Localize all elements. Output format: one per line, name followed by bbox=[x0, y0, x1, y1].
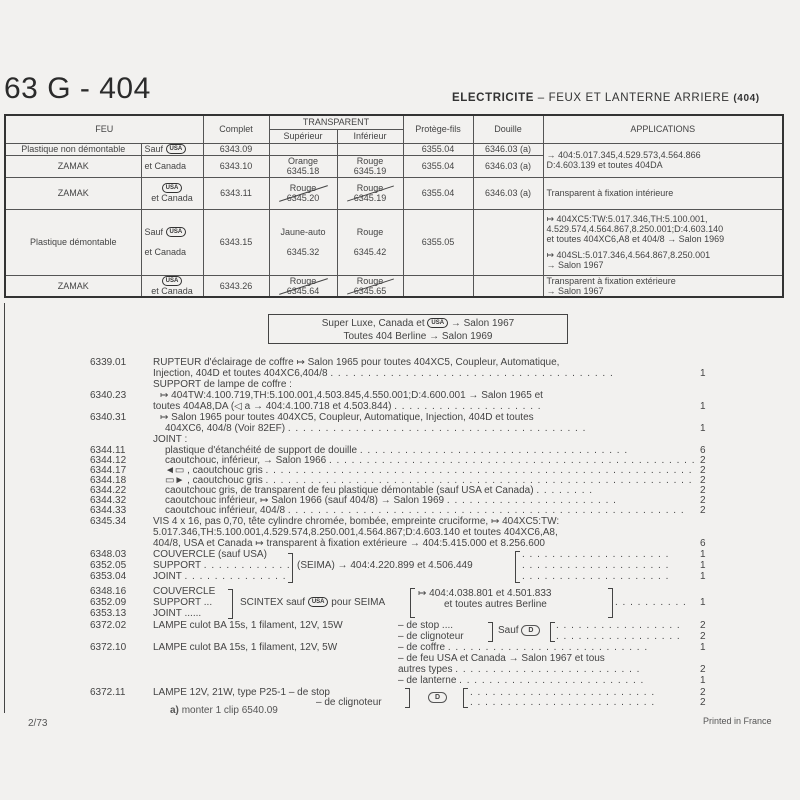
application-line: ↦ 404XC5:TW:5.017.346,TH:5.100.001, bbox=[547, 214, 780, 224]
bracket bbox=[550, 622, 555, 642]
usa-badge-icon: USA bbox=[166, 227, 187, 237]
inf-ref: 6345.42 bbox=[341, 247, 400, 257]
bracket bbox=[515, 551, 520, 583]
part-ref: 6348.16 bbox=[90, 586, 126, 597]
lamp-use-text: – de coffre bbox=[398, 642, 445, 653]
part-desc: RUPTEUR d'éclairage de coffre ↦ Salon 19… bbox=[153, 357, 559, 368]
inf-cell bbox=[337, 143, 403, 155]
bracket bbox=[410, 588, 415, 618]
market-cell: USAet Canada bbox=[141, 275, 203, 297]
inf-color: Rouge bbox=[341, 183, 400, 193]
table-row: Plastique démontable Sauf USAet Canada 6… bbox=[5, 209, 783, 275]
feu-type: ZAMAK bbox=[5, 275, 141, 297]
dots-leader: . . . . . . . . . . . . . . . . . . . . bbox=[522, 560, 669, 571]
bracket bbox=[463, 688, 468, 708]
lamp-use: – de clignoteur bbox=[316, 697, 382, 708]
note-line2: Toutes 404 Berline → Salon 1969 bbox=[269, 330, 567, 343]
bracket bbox=[228, 589, 233, 619]
dots-leader: . . . . . . . . . . . . . . . . . . . . bbox=[522, 571, 669, 582]
lamp-use: – de coffre . . . . . . . . . . . . . . … bbox=[398, 642, 648, 653]
part-desc-line: SUPPORT bbox=[153, 560, 201, 571]
part-qty: 1 bbox=[700, 571, 706, 582]
complet-ref: 6343.11 bbox=[203, 177, 269, 209]
inf-cell: Rouge6345.42 bbox=[337, 209, 403, 275]
group-app: ↦ 404:4.038.801 et 4.501.833 bbox=[418, 588, 552, 599]
part-qty: 1 bbox=[700, 401, 706, 412]
left-rule bbox=[4, 303, 5, 713]
protege-ref: 6355.05 bbox=[403, 209, 473, 275]
market-cell: Sauf USA bbox=[141, 143, 203, 155]
section-title-bold: ELECTRICITE bbox=[452, 92, 534, 104]
inf-color: Rouge bbox=[341, 156, 400, 166]
part-qty: 2 bbox=[700, 620, 706, 631]
sup-cell-struck: Rouge6345.20 bbox=[269, 177, 337, 209]
feu-type: Plastique démontable bbox=[5, 209, 141, 275]
market-cell: USAet Canada bbox=[141, 177, 203, 209]
protege-ref: 6355.04 bbox=[403, 155, 473, 177]
feu-type: Plastique non démontable bbox=[5, 143, 141, 155]
part-ref: 6345.34 bbox=[90, 516, 126, 527]
group-note-a: SCINTEX sauf bbox=[240, 597, 305, 608]
sup-ref: 6345.20 bbox=[273, 193, 334, 203]
part-desc: SUPPORT de lampe de coffre : bbox=[153, 379, 292, 390]
sup-cell bbox=[269, 143, 337, 155]
note-line1-a: Super Luxe, Canada et bbox=[322, 318, 425, 329]
part-desc: ↦ Salon 1965 pour toutes 404XC5, Coupleu… bbox=[160, 412, 534, 423]
part-ref: 6352.05 bbox=[90, 560, 126, 571]
table-row: Plastique non démontable Sauf USA 6343.0… bbox=[5, 143, 783, 155]
header-complet: Complet bbox=[203, 115, 269, 143]
protege-ref: 6355.04 bbox=[403, 177, 473, 209]
lamp-cond-text: Sauf bbox=[498, 625, 519, 636]
dots-leader: . . . . . . . . . . . . . . . . . . . . bbox=[522, 549, 669, 560]
part-desc: COUVERCLE bbox=[153, 586, 215, 597]
header-transparent: TRANSPARENT bbox=[269, 115, 403, 129]
part-ref: 6353.04 bbox=[90, 571, 126, 582]
part-desc: ↦ 404TW:4.100.719,TH:5.100.001,4.503.845… bbox=[160, 390, 543, 401]
part-desc: VIS 4 x 16, pas 0,70, tête cylindre chro… bbox=[153, 516, 559, 527]
part-desc: COUVERCLE (sauf USA) bbox=[153, 549, 267, 560]
protege-ref bbox=[403, 275, 473, 297]
lamp-use: – de clignoteur bbox=[398, 631, 464, 642]
part-qty: 1 bbox=[700, 423, 706, 434]
section-title-rest: – FEUX ET LANTERNE ARRIERE bbox=[534, 92, 733, 104]
catalog-page: 63 G - 404 ELECTRICITE – FEUX ET LANTERN… bbox=[0, 0, 800, 800]
table-row: ZAMAK USAet Canada 6343.11 Rouge6345.20 … bbox=[5, 177, 783, 209]
inf-color: Rouge bbox=[341, 227, 400, 237]
lamp-use: – de lanterne . . . . . . . . . . . . . … bbox=[398, 675, 644, 686]
part-desc: LAMPE culot BA 15s, 1 filament, 12V, 5W bbox=[153, 642, 337, 653]
part-desc: toutes 404A8,DA (◁ a → 404:4.100.718 et … bbox=[153, 401, 542, 412]
part-qty: 1 bbox=[700, 642, 706, 653]
lamp-use-text: autres types bbox=[398, 664, 452, 675]
market-text: et Canada bbox=[141, 155, 203, 177]
part-desc-line: JOINT bbox=[153, 571, 182, 582]
part-desc-line: toutes 404A8,DA (◁ a → 404:4.100.718 et … bbox=[153, 401, 391, 412]
market-cell: Sauf USAet Canada bbox=[141, 209, 203, 275]
parts-table: FEU Complet TRANSPARENT Protège-fils Dou… bbox=[4, 114, 784, 298]
sup-color: Jaune-auto bbox=[273, 227, 334, 237]
header-douille: Douille bbox=[473, 115, 543, 143]
market-text: et Canada bbox=[145, 193, 200, 203]
complet-ref: 6343.09 bbox=[203, 143, 269, 155]
part-qty: 2 bbox=[700, 664, 706, 675]
note-line1-b: → Salon 1967 bbox=[451, 318, 514, 329]
section-title: ELECTRICITE – FEUX ET LANTERNE ARRIERE (… bbox=[452, 92, 760, 104]
part-desc: 5.017.346,TH:5.100.001,4.529.574,8.250.0… bbox=[153, 527, 558, 538]
section-model: (404) bbox=[733, 93, 759, 104]
sup-ref: 6345.18 bbox=[273, 166, 334, 176]
part-qty: 2 bbox=[700, 697, 706, 708]
sup-cell: Orange6345.18 bbox=[269, 155, 337, 177]
usa-badge-icon: USA bbox=[162, 183, 183, 193]
inf-cell-struck: Rouge6345.65 bbox=[337, 275, 403, 297]
part-ref: 6340.23 bbox=[90, 390, 126, 401]
douille-ref bbox=[473, 275, 543, 297]
part-desc: LAMPE 12V, 21W, type P25-1 – de stop bbox=[153, 687, 330, 698]
part-desc: JOINT : bbox=[153, 434, 187, 445]
part-desc: SUPPORT ... bbox=[153, 597, 212, 608]
page-date: 2/73 bbox=[28, 718, 47, 729]
d-badge-icon: D bbox=[428, 692, 447, 703]
header-inferieur: Inférieur bbox=[337, 129, 403, 143]
sup-color: Rouge bbox=[273, 183, 334, 193]
part-qty: 6 bbox=[700, 538, 706, 549]
footnote-marker: a) bbox=[170, 705, 179, 716]
usa-badge-icon: USA bbox=[308, 597, 329, 607]
catalog-code: 63 G - 404 bbox=[4, 72, 151, 106]
lamp-use-text: – de lanterne bbox=[398, 675, 456, 686]
sup-cell-struck: Rouge6345.64 bbox=[269, 275, 337, 297]
complet-ref: 6343.26 bbox=[203, 275, 269, 297]
part-qty: 1 bbox=[700, 549, 706, 560]
part-qty: 1 bbox=[700, 560, 706, 571]
part-ref: 6353.13 bbox=[90, 608, 126, 619]
douille-ref: 6346.03 (a) bbox=[473, 155, 543, 177]
inf-color: Rouge bbox=[341, 276, 400, 286]
market-text: et Canada bbox=[145, 247, 200, 257]
application-cell: Transparent à fixation intérieure bbox=[543, 177, 783, 209]
part-desc: 404XC6, 404/8 (Voir 82EF) . . . . . . . … bbox=[165, 423, 586, 434]
application-line: → Salon 1967 bbox=[547, 260, 780, 270]
bracket bbox=[288, 553, 293, 583]
application-cell: ↦ 404XC5:TW:5.017.346,TH:5.100.001, 4.52… bbox=[543, 209, 783, 275]
d-badge-icon: D bbox=[521, 625, 540, 636]
dots-leader: . . . . . . . . . . . . . . . . . bbox=[556, 631, 681, 642]
usa-badge-icon: USA bbox=[427, 318, 448, 328]
header-superieur: Supérieur bbox=[269, 129, 337, 143]
printed-in: Printed in France bbox=[703, 716, 772, 726]
application-line: Transparent à fixation extérieure bbox=[547, 276, 780, 286]
feu-type: ZAMAK bbox=[5, 177, 141, 209]
douille-ref bbox=[473, 209, 543, 275]
usa-badge-icon: USA bbox=[162, 276, 183, 286]
part-qty: 2 bbox=[700, 631, 706, 642]
part-desc: Injection, 404D et toutes 404XC6,404/8 .… bbox=[153, 368, 614, 379]
market-text: Sauf bbox=[145, 144, 164, 154]
note-box: Super Luxe, Canada et USA → Salon 1967 T… bbox=[268, 314, 568, 344]
douille-ref: 6346.03 (a) bbox=[473, 143, 543, 155]
group-note: SCINTEX sauf USA pour SEIMA bbox=[240, 597, 385, 608]
complet-ref: 6343.15 bbox=[203, 209, 269, 275]
part-ref: 6340.31 bbox=[90, 412, 126, 423]
group-app: et toutes autres Berline bbox=[444, 599, 547, 610]
douille-ref: 6346.03 (a) bbox=[473, 177, 543, 209]
inf-ref: 6345.19 bbox=[341, 166, 400, 176]
part-qty: 1 bbox=[700, 597, 706, 608]
lamp-use: autres types . . . . . . . . . . . . . .… bbox=[398, 664, 640, 675]
header-feu: FEU bbox=[5, 115, 203, 143]
inf-cell: Rouge6345.19 bbox=[337, 155, 403, 177]
usa-badge-icon: USA bbox=[166, 144, 187, 154]
part-desc: caoutchouc inférieur, 404/8 . . . . . . … bbox=[165, 505, 685, 516]
application-line: D:4.603.139 et toutes 404DA bbox=[547, 160, 780, 170]
bracket bbox=[405, 688, 410, 708]
lamp-use: – de feu USA et Canada → Salon 1967 et t… bbox=[398, 653, 605, 664]
part-desc-line: caoutchouc inférieur, 404/8 bbox=[165, 505, 285, 516]
part-desc: JOINT ...... bbox=[153, 608, 201, 619]
part-ref: 6339.01 bbox=[90, 357, 126, 368]
group-note-b: pour SEIMA bbox=[331, 597, 385, 608]
lamp-use: – de stop .... bbox=[398, 620, 453, 631]
part-desc: 404/8, USA et Canada ↦ transparent à fix… bbox=[153, 538, 545, 549]
part-ref: 6372.10 bbox=[90, 642, 126, 653]
part-ref: 6348.03 bbox=[90, 549, 126, 560]
part-qty: 2 bbox=[700, 505, 706, 516]
dots-leader: . . . . . . . . . . . . . . . . . . . . … bbox=[470, 697, 655, 708]
inf-ref: 6345.19 bbox=[341, 193, 400, 203]
inf-ref: 6345.65 bbox=[341, 286, 400, 296]
footnote-text: monter 1 clip 6540.09 bbox=[182, 705, 278, 716]
header-protege-fils: Protège-fils bbox=[403, 115, 473, 143]
bracket bbox=[608, 588, 613, 618]
header-applications: APPLICATIONS bbox=[543, 115, 783, 143]
application-line: → 404:5.017.345,4.529.573,4.564.866 bbox=[547, 150, 780, 160]
sup-color: Rouge bbox=[273, 276, 334, 286]
part-ref: 6372.02 bbox=[90, 620, 126, 631]
lamp-condition: Sauf D bbox=[498, 625, 540, 636]
feu-type: ZAMAK bbox=[5, 155, 141, 177]
part-desc-line: LAMPE 12V, 21W, type P25-1 bbox=[153, 687, 286, 698]
part-ref: 6344.33 bbox=[90, 505, 126, 516]
application-line: 4.529.574,4.564.867,8.250.001;D:4.603.14… bbox=[547, 224, 780, 234]
part-ref: 6372.11 bbox=[90, 687, 125, 698]
dots-leader: . . . . . . . . . . bbox=[615, 597, 687, 608]
application-line: et toutes 404XC6,A8 et 404/8 → Salon 196… bbox=[547, 234, 780, 244]
market-text: et Canada bbox=[145, 286, 200, 296]
protege-ref: 6355.04 bbox=[403, 143, 473, 155]
bracket bbox=[488, 622, 493, 642]
part-qty: 1 bbox=[700, 675, 706, 686]
part-qty: 1 bbox=[700, 368, 706, 379]
application-line: ↦ 404SL:5.017.346,4.564.867,8.250.001 bbox=[547, 250, 780, 260]
part-desc: JOINT . . . . . . . . . . . . . . bbox=[153, 571, 287, 582]
lamp-condition: D bbox=[428, 692, 447, 703]
application-cell: Transparent à fixation extérieure → Salo… bbox=[543, 275, 783, 297]
inf-cell-struck: Rouge6345.19 bbox=[337, 177, 403, 209]
part-desc: SUPPORT . . . . . . . . . . . . bbox=[153, 560, 291, 571]
footnote: a) monter 1 clip 6540.09 bbox=[170, 705, 278, 716]
group-note: (SEIMA) → 404:4.220.899 et 4.506.449 bbox=[297, 560, 473, 571]
sup-cell: Jaune-auto6345.32 bbox=[269, 209, 337, 275]
table-row: ZAMAK USAet Canada 6343.26 Rouge6345.64 … bbox=[5, 275, 783, 297]
application-cell: → 404:5.017.345,4.529.573,4.564.866 D:4.… bbox=[543, 143, 783, 177]
sup-ref: 6345.64 bbox=[273, 286, 334, 296]
part-ref: 6352.09 bbox=[90, 597, 126, 608]
market-text: Sauf bbox=[145, 227, 164, 237]
application-line: → Salon 1967 bbox=[547, 286, 780, 296]
dots-leader: . . . . . . . . . . . . . . . . . bbox=[556, 620, 681, 631]
sup-ref: 6345.32 bbox=[273, 247, 334, 257]
part-desc-line: Injection, 404D et toutes 404XC6,404/8 bbox=[153, 368, 328, 379]
sup-color: Orange bbox=[273, 156, 334, 166]
part-desc-line: 404XC6, 404/8 (Voir 82EF) bbox=[165, 423, 285, 434]
complet-ref: 6343.10 bbox=[203, 155, 269, 177]
part-desc: LAMPE culot BA 15s, 1 filament, 12V, 15W bbox=[153, 620, 343, 631]
